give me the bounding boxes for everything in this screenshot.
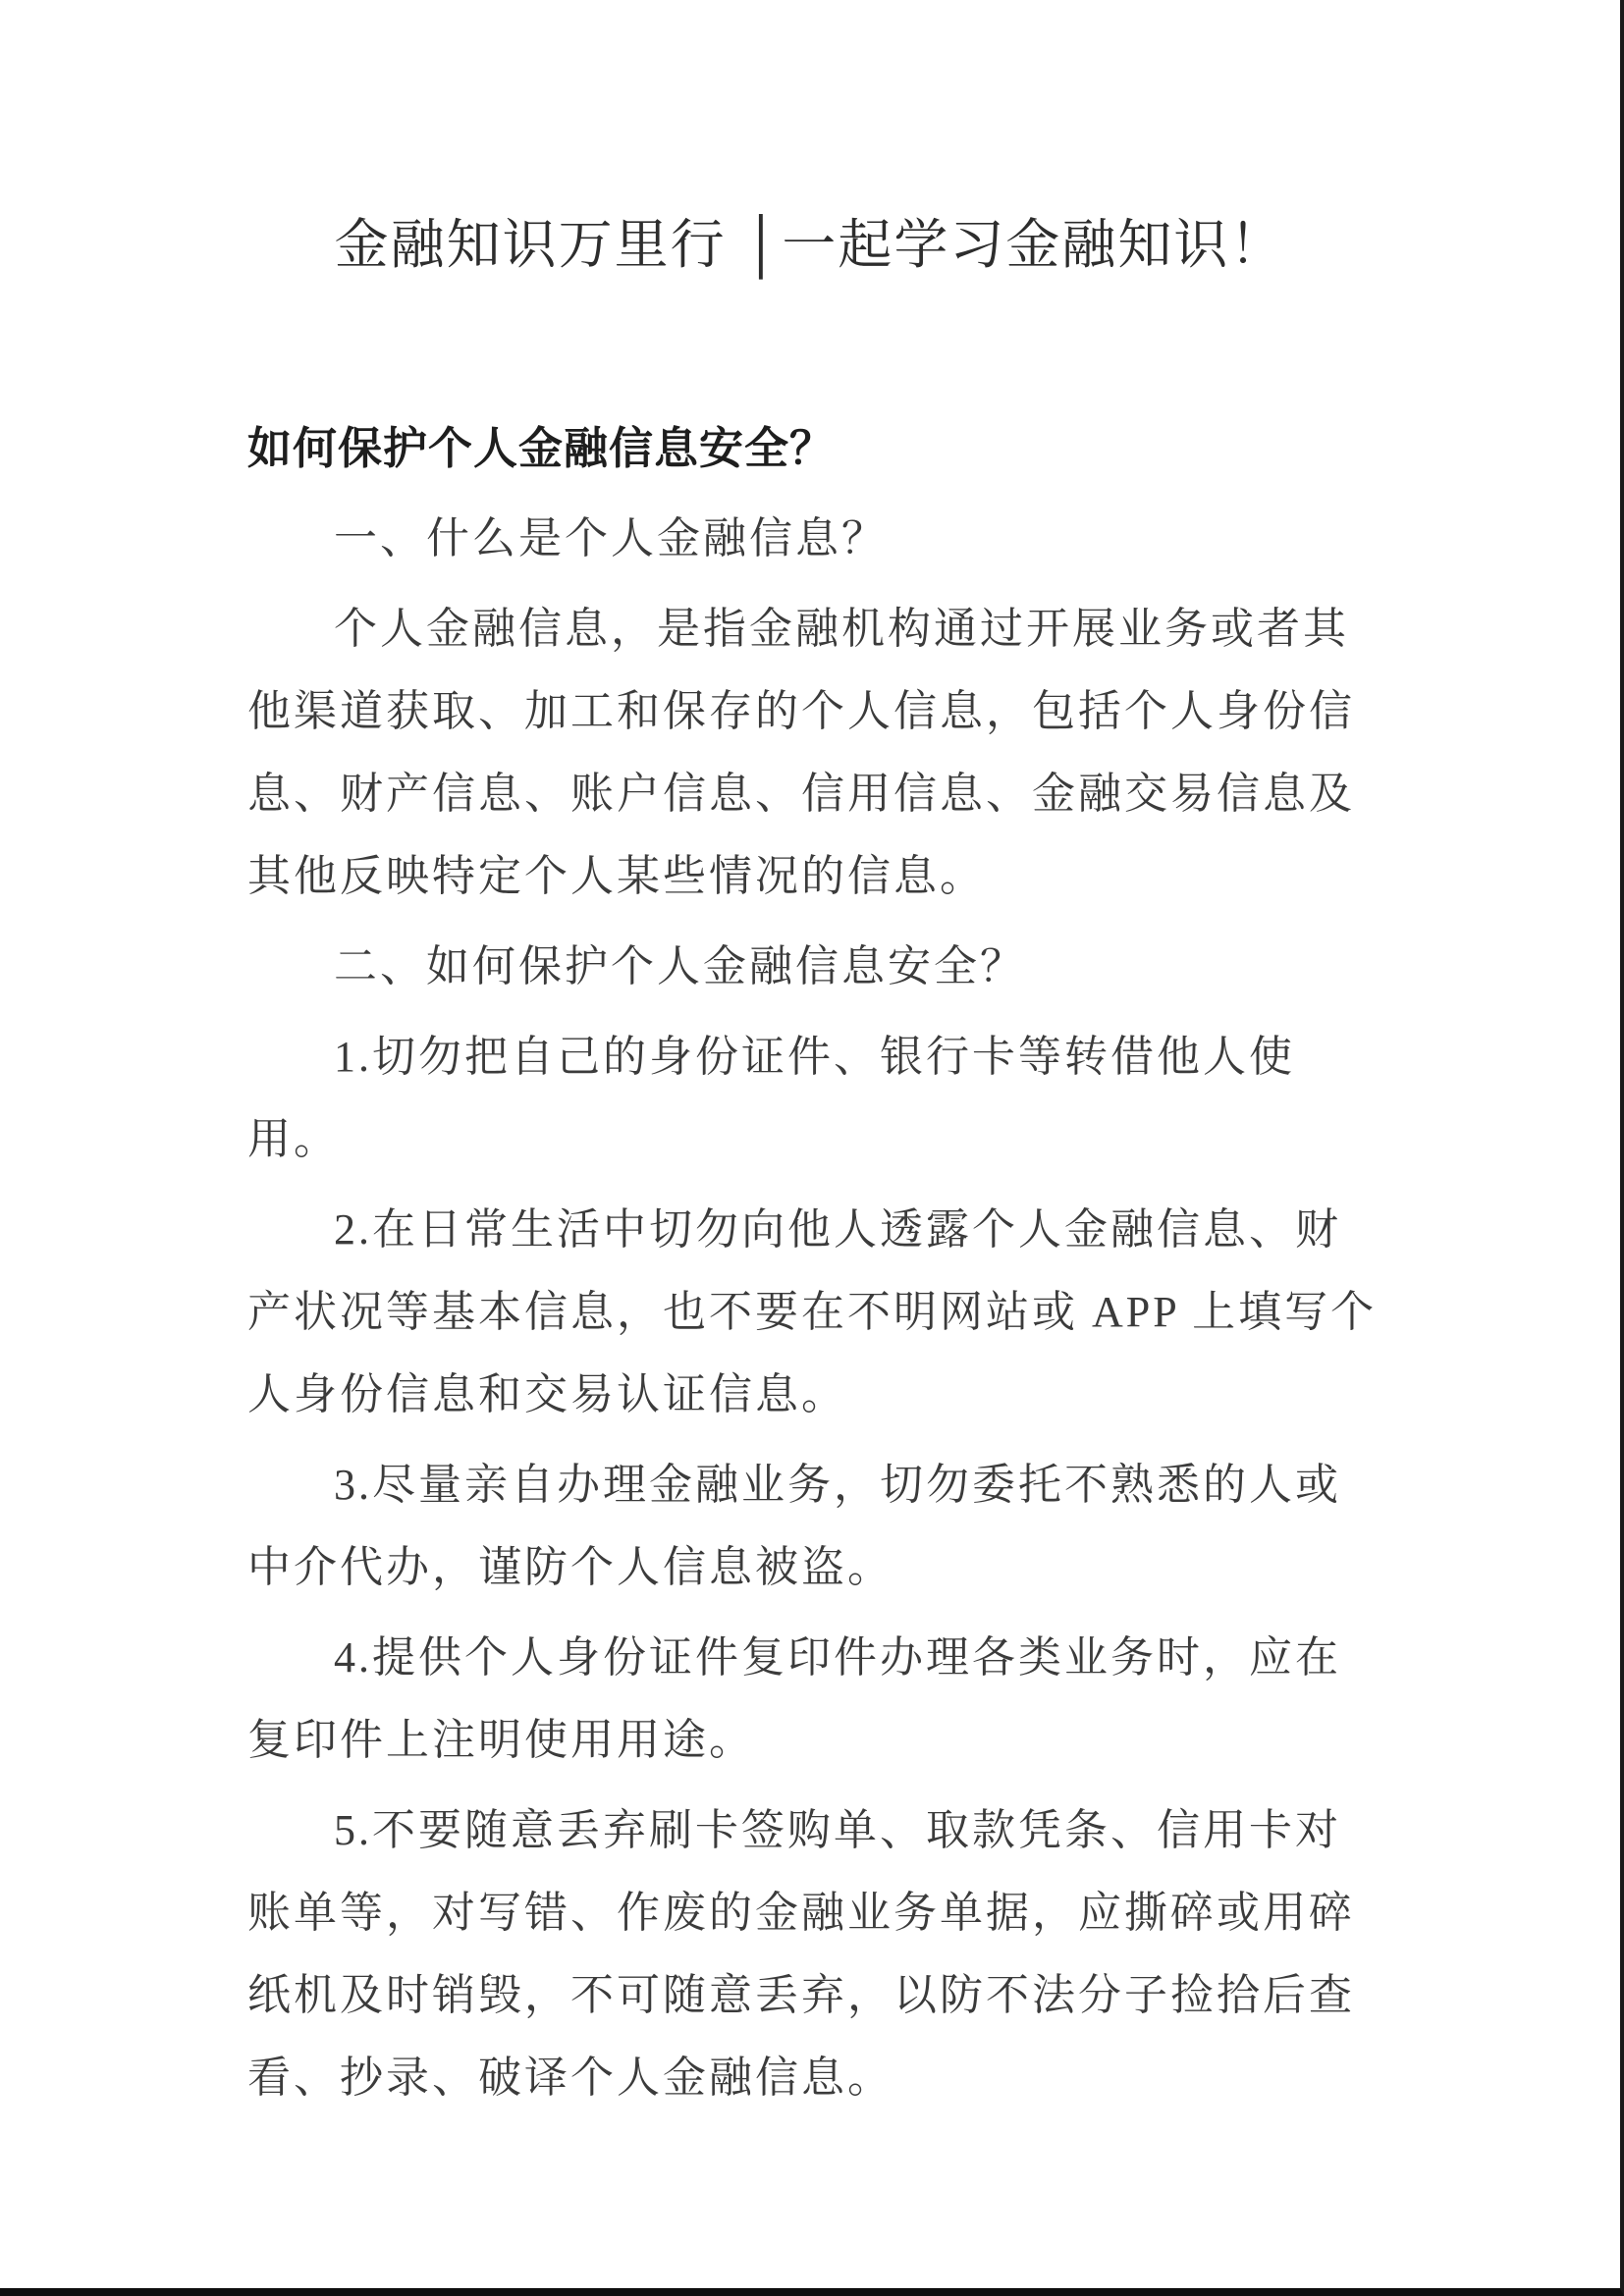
paragraph-tip-3: 3.尽量亲自办理金融业务，切勿委托不熟悉的人或中介代办，谨防个人信息被盗。 (247, 1444, 1380, 1609)
document-page: 金融知识万里行 │一起学习金融知识！ 如何保护个人金融信息安全？ 一、什么是个人… (0, 0, 1624, 2296)
paragraph-tip-1: 1.切勿把自己的身份证件、银行卡等转借他人使用。 (247, 1016, 1380, 1181)
paragraph-how-to-protect-intro: 二、如何保护个人金融信息安全？ (247, 926, 1380, 1008)
paragraph-tip-2: 2.在日常生活中切勿向他人透露个人金融信息、财产状况等基本信息，也不要在不明网站… (247, 1189, 1380, 1436)
document-title: 金融知识万里行 │一起学习金融知识！ (0, 0, 1620, 282)
section-heading: 如何保护个人金融信息安全？ (247, 407, 1380, 490)
document-body: 如何保护个人金融信息安全？ 一、什么是个人金融信息？ 个人金融信息，是指金融机构… (0, 407, 1620, 2119)
paragraph-tip-5: 5.不要随意丢弃刷卡签购单、取款凭条、信用卡对账单等，对写错、作废的金融业务单据… (247, 1789, 1380, 2119)
paragraph-tip-4: 4.提供个人身份证件复印件办理各类业务时，应在复印件上注明使用用途。 (247, 1617, 1380, 1782)
paragraph-definition: 个人金融信息，是指金融机构通过开展业务或者其他渠道获取、加工和保存的个人信息，包… (247, 588, 1380, 918)
paragraph-what-is-intro: 一、什么是个人金融信息？ (247, 498, 1380, 580)
